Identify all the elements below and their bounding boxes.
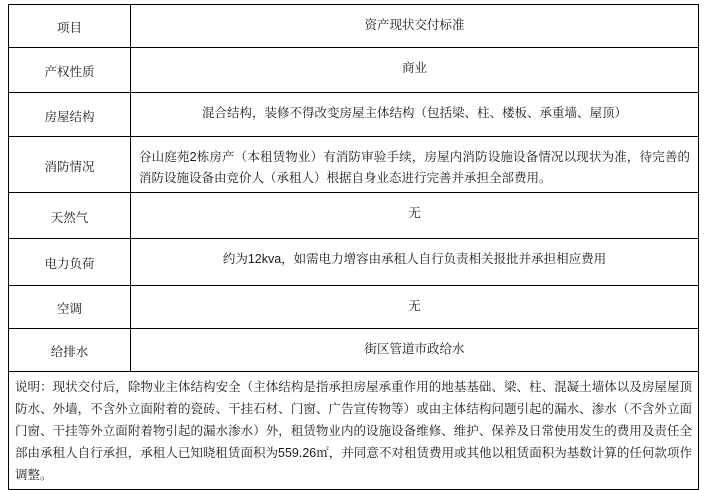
asset-delivery-spec-table: 项目 资产现状交付标准 产权性质 商业 房屋结构 混合结构，装修不得改变房屋主体… [8,4,699,490]
row-label: 空调 [9,286,131,329]
row-label: 天然气 [9,193,131,239]
table-row: 电力负荷 约为12kva，如需电力增容由承租人自行负责相关报批并承担相应费用 [9,239,699,286]
row-value: 无 [131,286,699,329]
table-row: 产权性质 商业 [9,48,699,93]
table-row: 天然气 无 [9,193,699,239]
table-row: 空调 无 [9,286,699,329]
row-value: 约为12kva，如需电力增容由承租人自行负责相关报批并承担相应费用 [131,239,699,286]
row-label: 消防情况 [9,137,131,193]
row-value: 商业 [131,48,699,93]
row-value: 谷山庭苑2栋房产（本租赁物业）有消防审验手续，房屋内消防设施设备情况以现状为准，… [131,137,699,193]
note-text: 说明：现状交付后，除物业主体结构安全（主体结构是指承担房屋承重作用的地基基础、梁… [9,372,699,490]
table-row-note: 说明：现状交付后，除物业主体结构安全（主体结构是指承担房屋承重作用的地基基础、梁… [9,372,699,490]
row-value: 资产现状交付标准 [131,5,699,48]
row-value: 无 [131,193,699,239]
table-row: 消防情况 谷山庭苑2栋房产（本租赁物业）有消防审验手续，房屋内消防设施设备情况以… [9,137,699,193]
row-value: 混合结构，装修不得改变房屋主体结构（包括梁、柱、楼板、承重墙、屋顶） [131,93,699,137]
row-value: 街区管道市政给水 [131,329,699,372]
row-label: 项目 [9,5,131,48]
table-row: 给排水 街区管道市政给水 [9,329,699,372]
row-label: 房屋结构 [9,93,131,137]
row-label: 给排水 [9,329,131,372]
page: { "page": { "background_color": "#ffffff… [0,0,706,463]
row-label: 电力负荷 [9,239,131,286]
table-row: 房屋结构 混合结构，装修不得改变房屋主体结构（包括梁、柱、楼板、承重墙、屋顶） [9,93,699,137]
row-label: 产权性质 [9,48,131,93]
table-row: 项目 资产现状交付标准 [9,5,699,48]
